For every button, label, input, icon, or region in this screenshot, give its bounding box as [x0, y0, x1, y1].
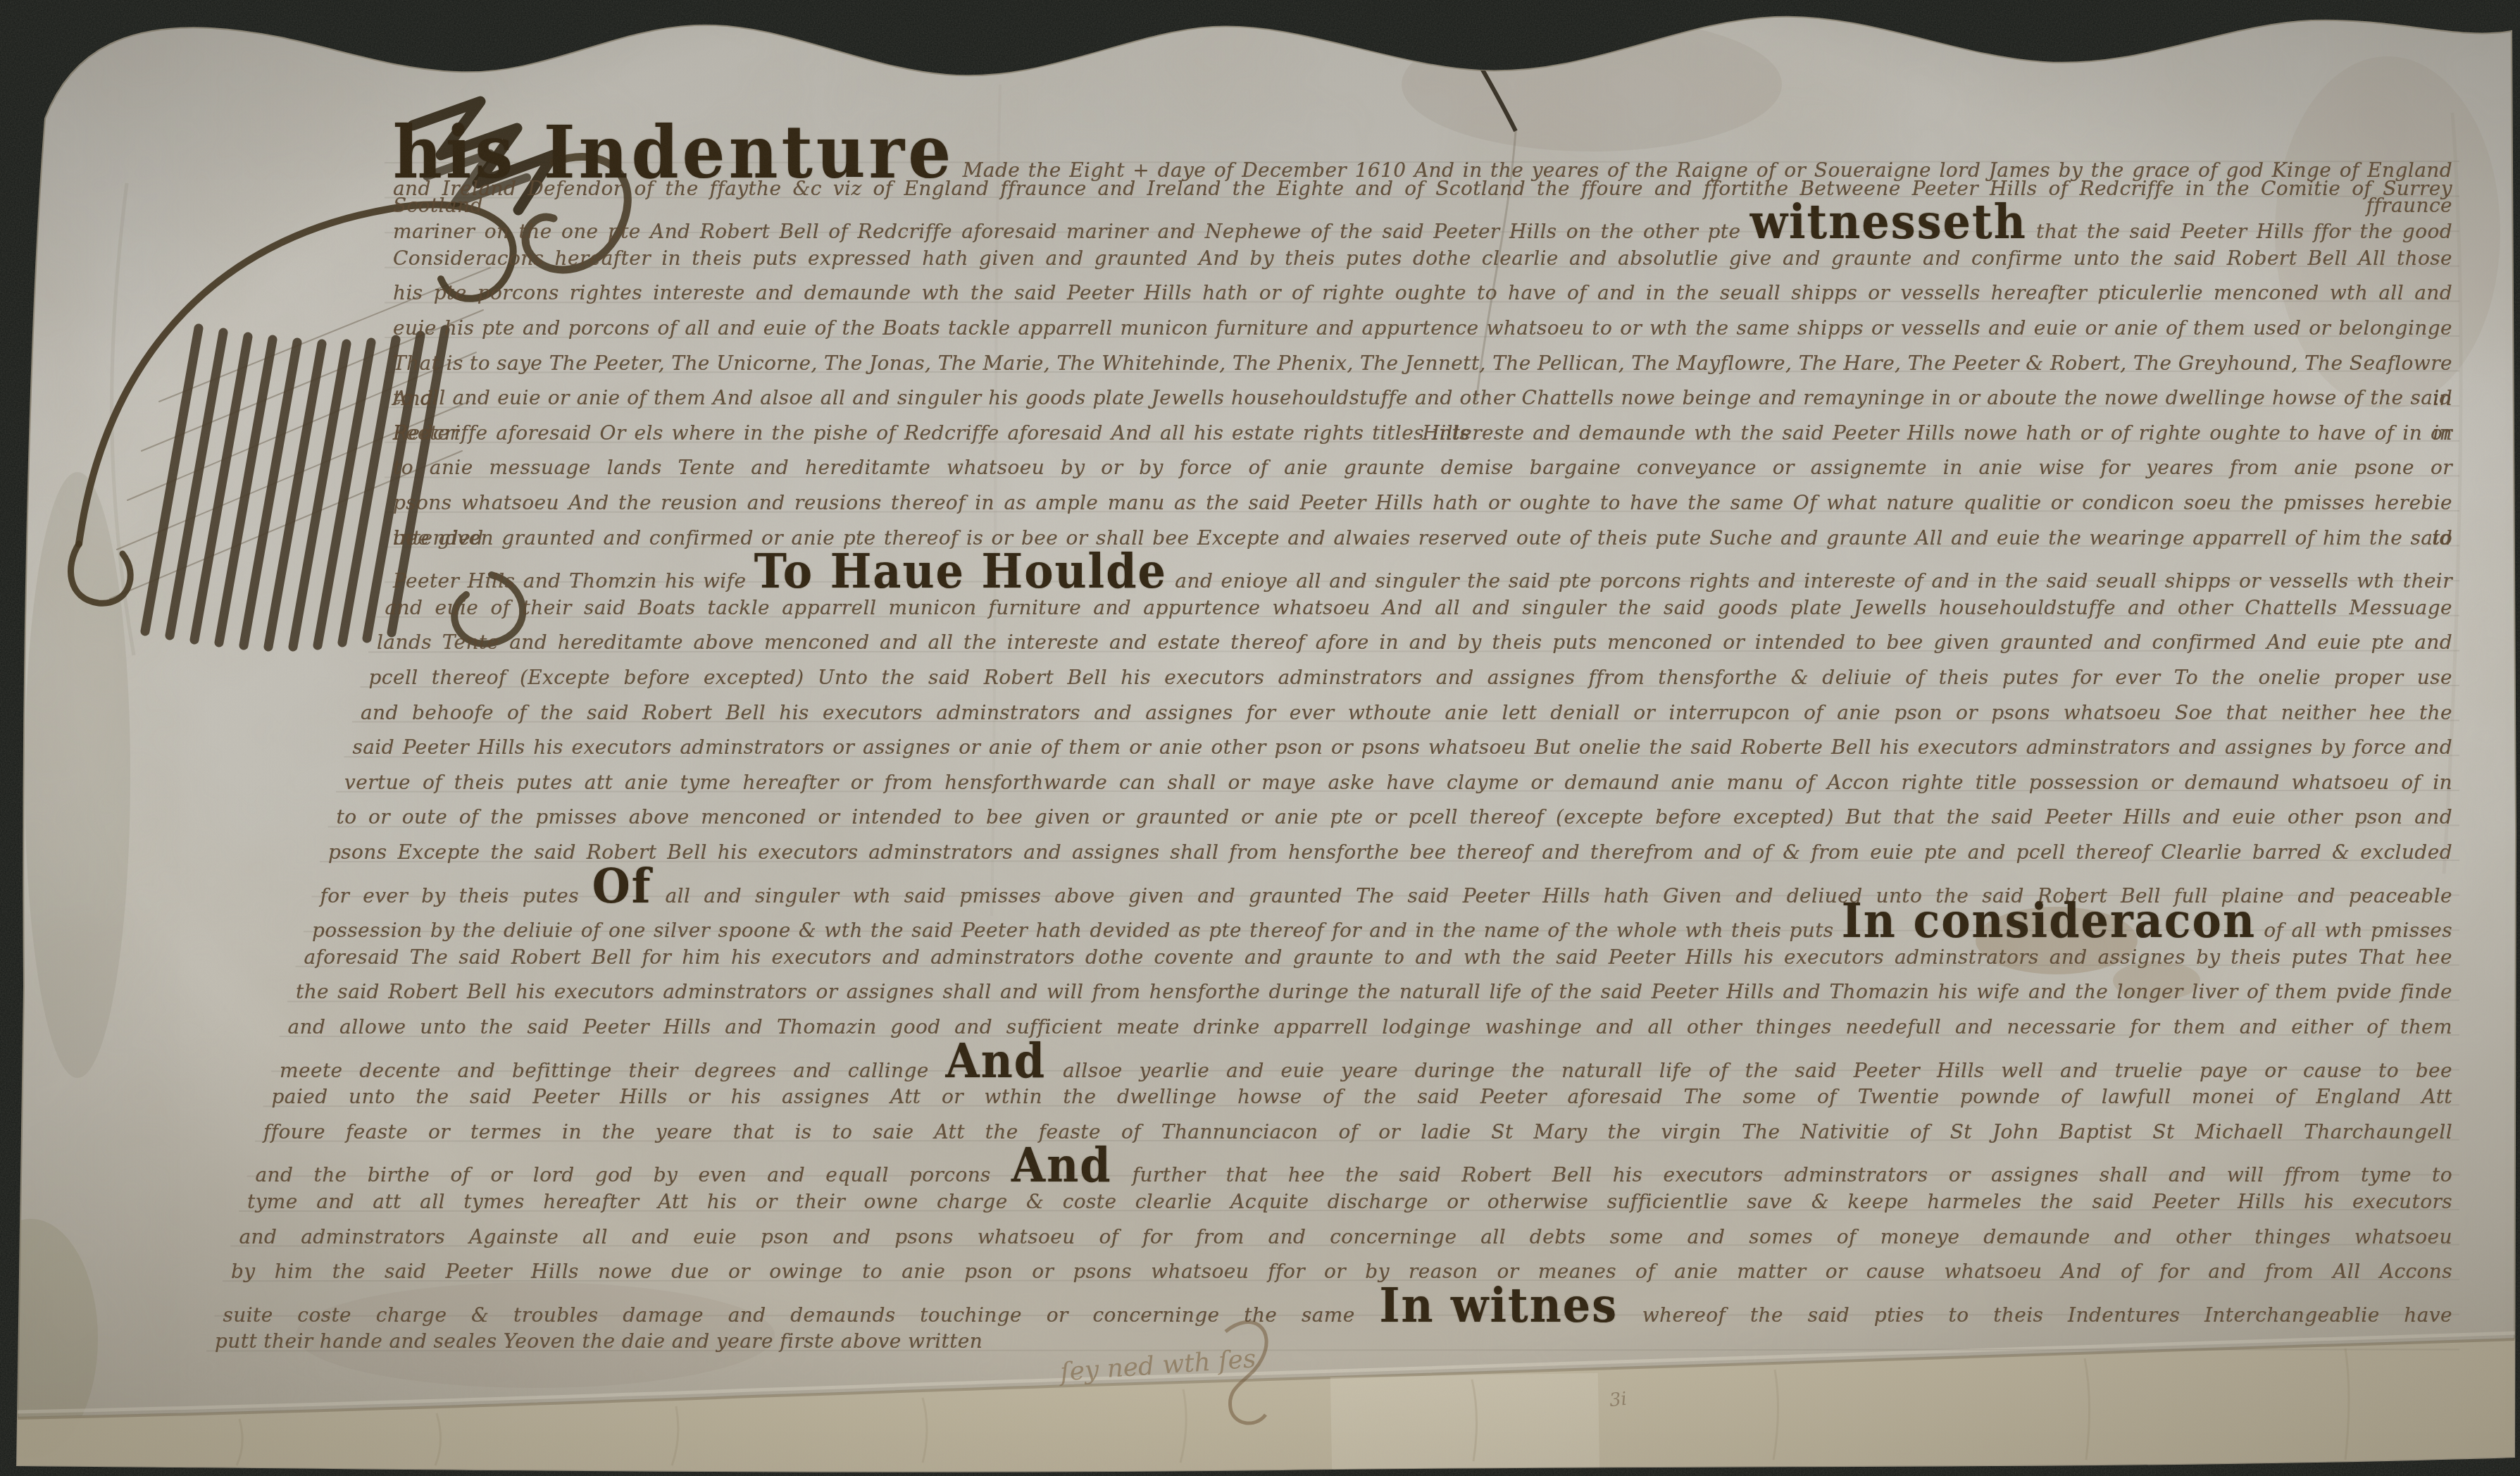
manuscript-text: paied unto the said Peeter Hills or his …	[272, 1085, 2453, 1108]
manuscript-text-block: his Indenture Made the Eight + daye of D…	[0, 0, 2520, 1476]
manuscript-text: and behoofe of the said Robert Bell his …	[361, 701, 2452, 724]
manuscript-line: his pte porcons rightes intereste and de…	[393, 275, 2452, 311]
photographed-indenture-document: T	[0, 0, 2520, 1476]
manuscript-text: aforesaid The said Robert Bell for him h…	[304, 945, 2453, 969]
manuscript-text: bee given graunted and confirmed or anie…	[393, 526, 2452, 550]
manuscript-line: ffoure feaste or termes in the yeare tha…	[263, 1115, 2452, 1150]
manuscript-text: lands Tente and hereditamte above mencon…	[377, 631, 2452, 654]
manuscript-text: mariner on the one pte And Robert Bell o…	[393, 220, 1740, 243]
manuscript-text: to anie messuage lands Tente and heredit…	[393, 456, 2452, 479]
manuscript-line: to or oute of the pmisses above menconed…	[337, 800, 2453, 835]
manuscript-text: Consideracons hereafter in theis puts ex…	[393, 247, 2452, 270]
manuscript-line: That is to saye The Peeter, The Unicorne…	[393, 346, 2452, 381]
engrossed-word: In consideracon	[1842, 902, 2256, 940]
manuscript-text: vertue of theis putes att anie tyme here…	[344, 771, 2452, 794]
manuscript-text: allsoe yearlie and euie yeare duringe th…	[1063, 1059, 2452, 1082]
manuscript-text: Redcriffe aforesaid Or els where in the …	[393, 421, 2452, 445]
manuscript-line: euie his pte and porcons of all and euie…	[393, 311, 2452, 346]
manuscript-text: whereof the said pties to theis Indentur…	[1642, 1303, 2452, 1327]
manuscript-text: further that hee the said Robert Bell hi…	[1133, 1163, 2452, 1186]
manuscript-text: by him the said Peeter Hills nowe due or…	[231, 1260, 2452, 1283]
manuscript-text: meete decente and befittinge their degre…	[280, 1059, 929, 1082]
manuscript-text: Peeter Hills and Thomzin his wife	[393, 569, 746, 593]
engrossed-word: To Haue Houlde	[754, 552, 1167, 590]
manuscript-text: possession by the deliuie of one silver …	[312, 919, 1834, 942]
manuscript-text: euie his pte and porcons of all and euie…	[393, 316, 2452, 340]
engrossed-word: witnesseth	[1750, 203, 2027, 241]
manuscript-text: the said Robert Bell his executors admin…	[296, 980, 2452, 1003]
engrossed-word: In witnes	[1379, 1286, 1618, 1325]
manuscript-line: paied unto the said Peeter Hills or his …	[272, 1079, 2453, 1115]
manuscript-text: that the said Peeter Hills ffor the good	[2036, 220, 2452, 243]
manuscript-text: ffoure feaste or termes in the yeare tha…	[263, 1120, 2452, 1143]
manuscript-line: psons whatsoeu And the reusion and reusi…	[393, 485, 2452, 521]
manuscript-line: and behoofe of the said Robert Bell his …	[361, 695, 2452, 731]
manuscript-line: bee given graunted and confirmed or anie…	[393, 521, 2452, 556]
manuscript-line: possession by the deliuie of one silver …	[312, 905, 2452, 940]
manuscript-text: for ever by theis putes	[320, 884, 579, 907]
manuscript-line: and the birthe of or lord god by even an…	[256, 1149, 2453, 1184]
engrossed-word: his Indenture	[393, 133, 954, 171]
manuscript-text: and allowe unto the said Peeter Hills an…	[288, 1015, 2453, 1038]
manuscript-line: pcell thereof (Excepte before excepted) …	[369, 660, 2453, 695]
manuscript-line: the said Robert Bell his executors admin…	[296, 974, 2452, 1010]
manuscript-line: Consideracons hereafter in theis puts ex…	[393, 241, 2452, 276]
manuscript-text: putt their hande and seales Yeoven the d…	[215, 1329, 983, 1353]
manuscript-text: and Ireland Defendor of the ffaythe &c v…	[393, 177, 2452, 200]
manuscript-line: vertue of theis putes att anie tyme here…	[344, 765, 2452, 800]
manuscript-text: to or oute of the pmisses above menconed…	[337, 805, 2453, 829]
manuscript-line: and adminstrators Againste all and euie …	[239, 1220, 2453, 1255]
manuscript-line: to all and euie or anie of them And also…	[393, 380, 2452, 416]
manuscript-text: pcell thereof (Excepte before excepted) …	[369, 666, 2453, 689]
manuscript-text: and adminstrators Againste all and euie …	[239, 1225, 2453, 1248]
engrossed-word: And	[1011, 1146, 1112, 1184]
manuscript-text: tyme and att all tymes hereafter Att his…	[247, 1190, 2452, 1213]
manuscript-line: mariner on the one pte And Robert Bell o…	[393, 206, 2452, 241]
manuscript-line: by him the said Peeter Hills nowe due or…	[231, 1254, 2452, 1289]
manuscript-line: to anie messuage lands Tente and heredit…	[393, 450, 2452, 485]
manuscript-line: his Indenture Made the Eight + daye of D…	[393, 136, 2452, 171]
manuscript-line: and allowe unto the said Peeter Hills an…	[288, 1010, 2453, 1045]
manuscript-text: said Peeter Hills his executors adminstr…	[353, 736, 2453, 759]
manuscript-line: said Peeter Hills his executors adminstr…	[353, 730, 2453, 765]
manuscript-line: and Ireland Defendor of the ffaythe &c v…	[393, 171, 2452, 206]
manuscript-line: suite coste charge & troubles damage and…	[223, 1289, 2453, 1325]
manuscript-text: suite coste charge & troubles damage and…	[223, 1303, 1355, 1327]
manuscript-line: aforesaid The said Robert Bell for him h…	[304, 940, 2453, 975]
manuscript-line: Redcriffe aforesaid Or els where in the …	[393, 416, 2452, 451]
manuscript-line: tyme and att all tymes hereafter Att his…	[247, 1184, 2452, 1220]
manuscript-text: and enioye all and singuler the said pte…	[1175, 569, 2452, 593]
manuscript-line: lands Tente and hereditamte above mencon…	[377, 625, 2452, 660]
manuscript-text: and euie of their said Boats tackle appa…	[385, 596, 2453, 619]
manuscript-line: and euie of their said Boats tackle appa…	[385, 590, 2453, 626]
engrossed-word: Of	[592, 867, 652, 905]
manuscript-text: and the birthe of or lord god by even an…	[256, 1163, 991, 1186]
manuscript-text: of all wth pmisses	[2264, 919, 2452, 942]
manuscript-line: Peeter Hills and Thomzin his wife To Hau…	[393, 555, 2452, 590]
manuscript-line: putt their hande and seales Yeoven the d…	[215, 1324, 2452, 1359]
manuscript-text: his pte porcons rightes intereste and de…	[393, 281, 2452, 304]
manuscript-line: meete decente and befittinge their degre…	[280, 1045, 2452, 1080]
engrossed-word: And	[946, 1042, 1047, 1080]
